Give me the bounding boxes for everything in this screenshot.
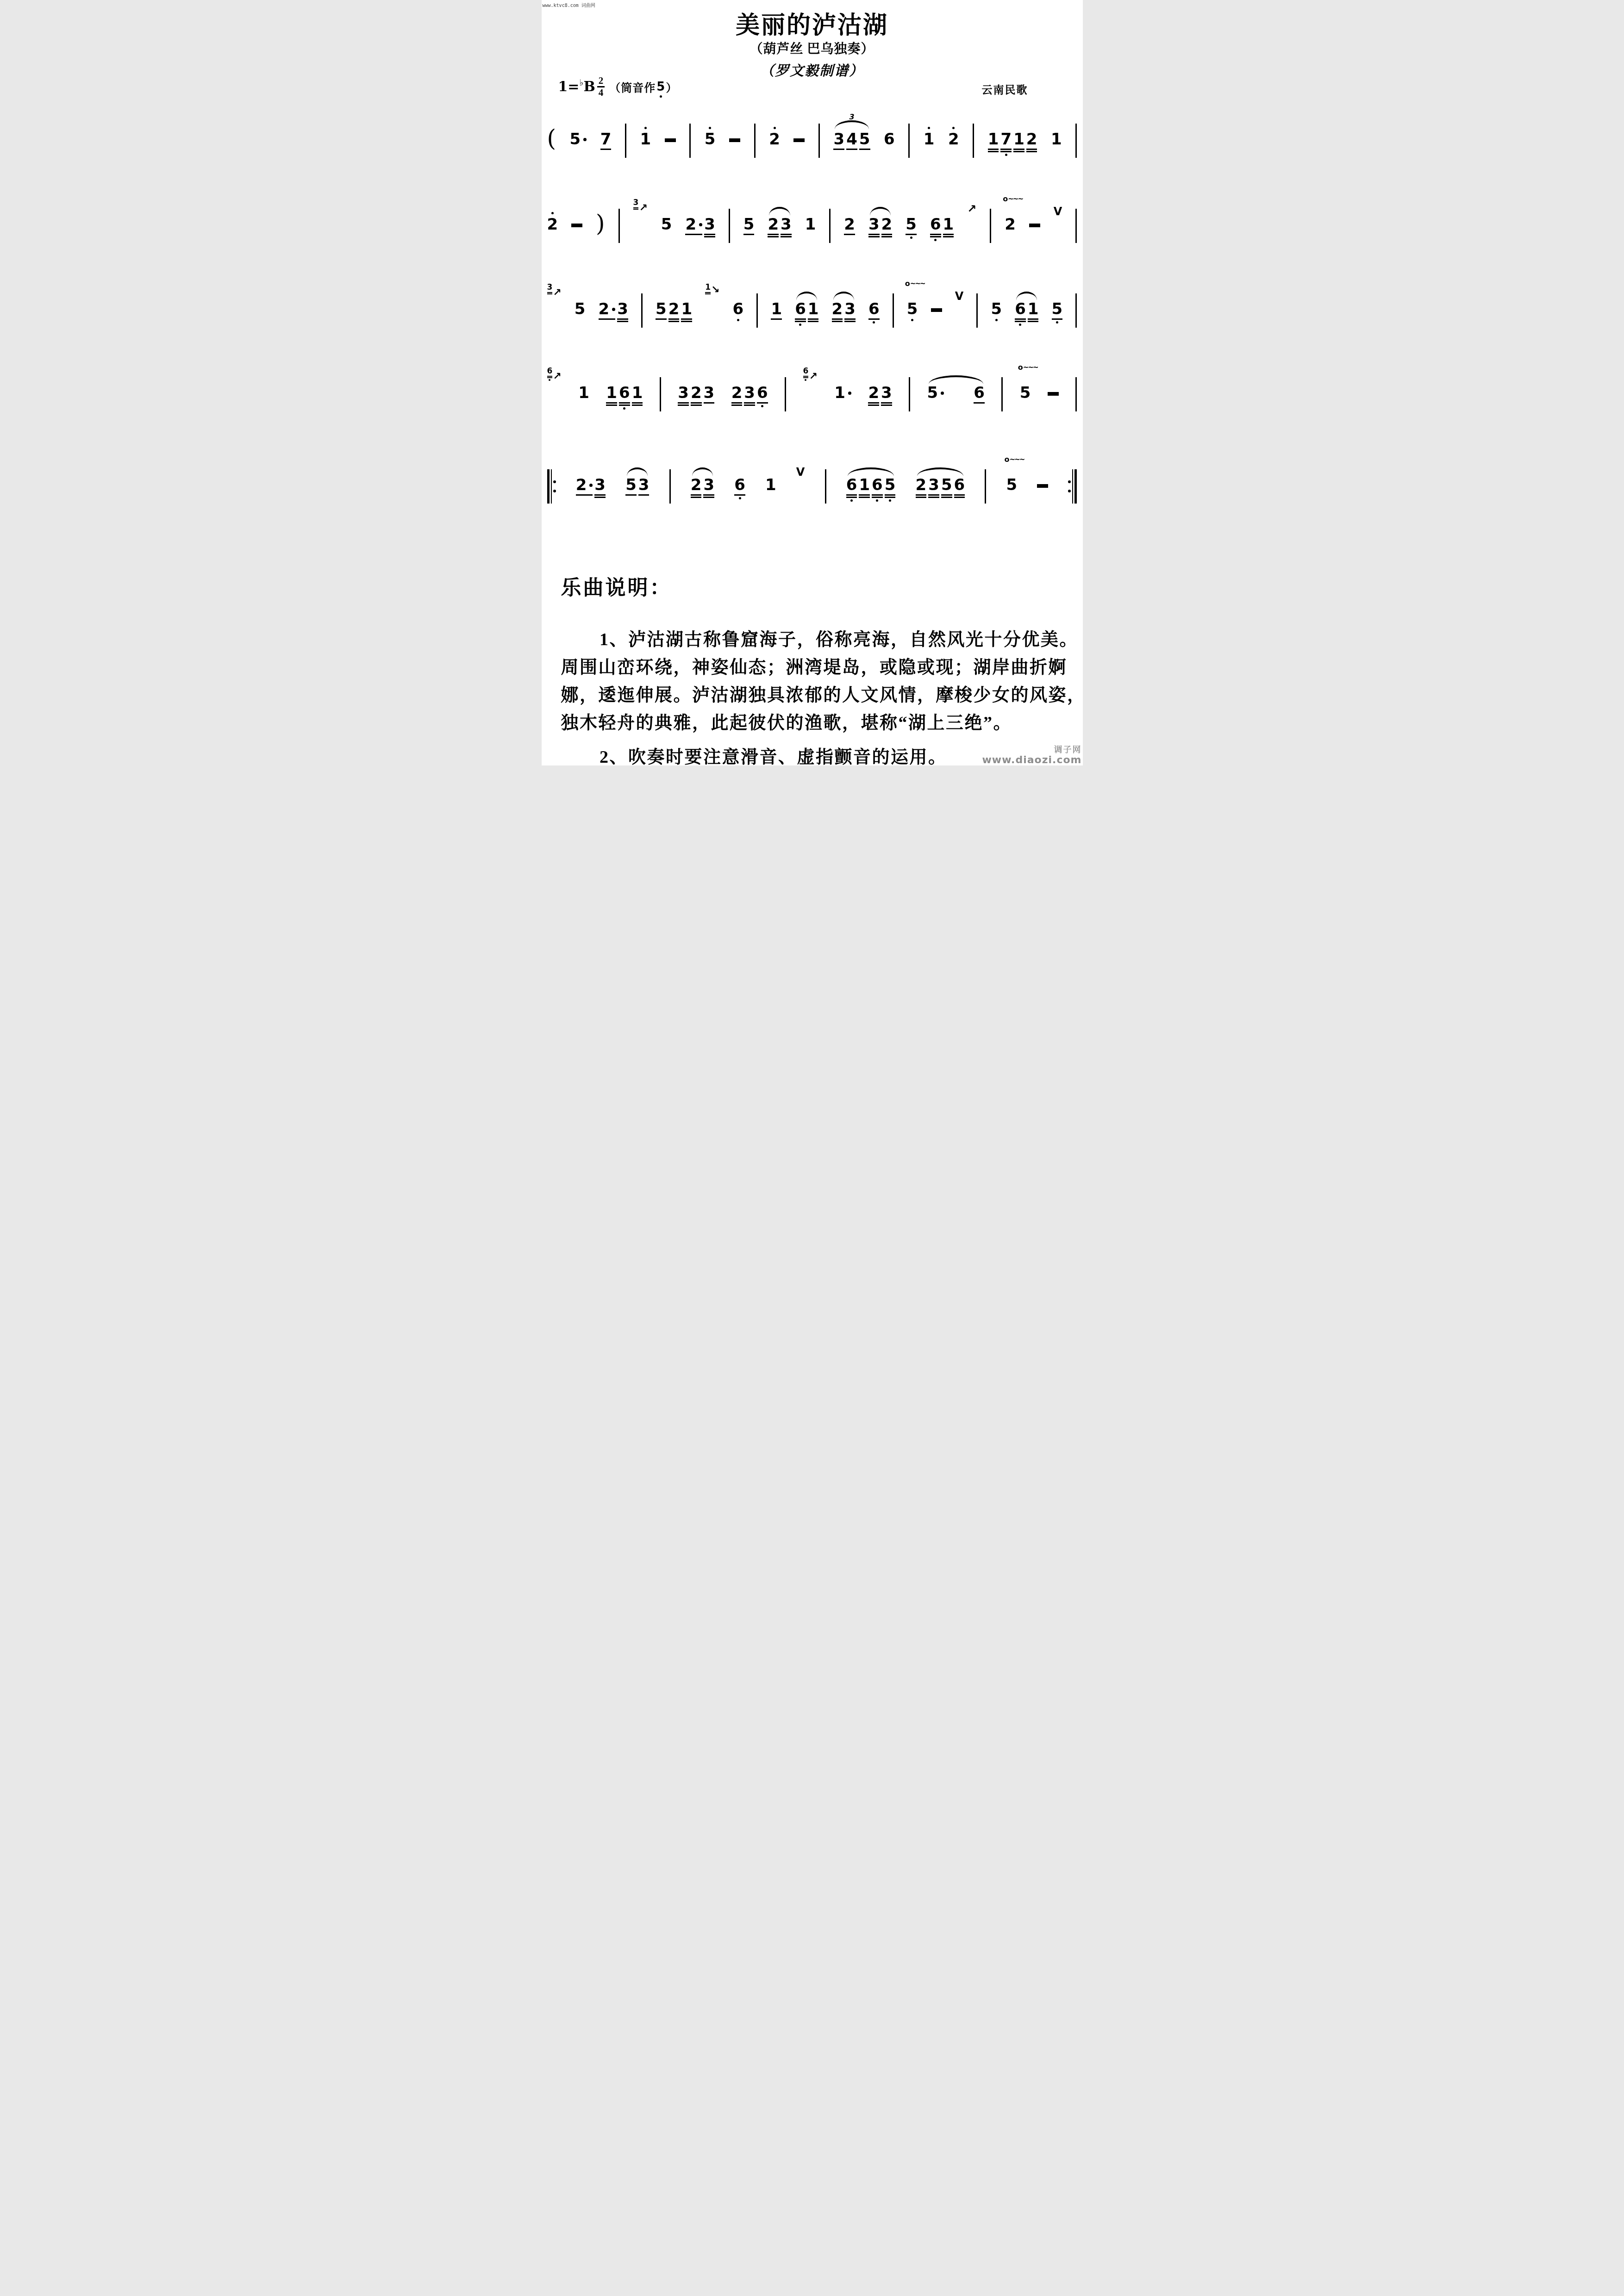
note-digit-row: 5 [991, 301, 1002, 317]
grace-note: 6↗ [803, 367, 818, 382]
note-digit-row: 5 [927, 385, 944, 401]
low-octave-zone [739, 496, 741, 503]
note-digit-row: 5 [1052, 301, 1063, 317]
note-digit: 1 [640, 131, 651, 148]
low-octave-zone [911, 317, 913, 324]
note: 5 [1052, 294, 1063, 327]
explanation-line: 周围山峦环绕，神姿仙态；洲湾堤岛，或隐或现；湖岸曲折婀 [561, 653, 1066, 681]
key-letter: B [583, 79, 595, 95]
note: 1 [1028, 294, 1039, 329]
note: 5 [705, 124, 716, 155]
note: 2 [948, 124, 959, 155]
note-digit-row: 1 [808, 301, 819, 317]
slide-up-arrow-icon: ↗ [639, 202, 647, 214]
note-digit-row: 7 [600, 131, 612, 148]
duration-underline [632, 402, 643, 404]
low-octave-dot [873, 321, 875, 324]
note-digit: 6 [619, 385, 630, 401]
note-digit-row: 6 [1015, 301, 1026, 317]
note: 3 [678, 378, 689, 413]
low-octave-zone [799, 322, 801, 329]
barline [829, 209, 831, 243]
low-octave-zone [934, 237, 937, 244]
note-digit-row: 1 [1013, 131, 1024, 148]
note-digit: 1 [988, 131, 999, 148]
duration-underline [594, 497, 606, 498]
note-digit: 5 [575, 301, 586, 317]
note-digit-row: 3 [617, 301, 628, 317]
duration-underline [691, 402, 702, 404]
high-octave-dot [551, 212, 554, 214]
meter-numerator: 2 [597, 76, 605, 87]
note: 3 [638, 470, 650, 503]
note: 1 [943, 210, 954, 244]
note-digit-row: 2 [832, 301, 843, 317]
breath-mark: V [955, 290, 964, 303]
slide-up-arrow-icon: ↗ [553, 371, 561, 382]
low-octave-dot [1056, 321, 1058, 324]
duration-underline [781, 234, 792, 235]
note-digit-row: 2 [691, 477, 702, 493]
grace-low-octave-dot [805, 379, 806, 381]
tonic-label: 1= [558, 79, 580, 95]
barline [669, 469, 671, 504]
beam-group: 236 [731, 378, 768, 413]
note: 1 [632, 378, 643, 413]
barline [756, 293, 758, 328]
note-digit: 3 [781, 216, 792, 233]
beam-group: 23 [868, 378, 892, 413]
grace-note: 6↗ [547, 367, 562, 382]
music-system-4: 6↗11613232366↗123565o~~~ [547, 378, 1077, 424]
low-octave-dot [889, 499, 891, 502]
low-octave-zone [889, 498, 891, 505]
duration-underline [1015, 318, 1026, 320]
note-digit-row: 1 [765, 477, 776, 493]
augmentation-dot [612, 308, 615, 311]
barline [973, 124, 974, 158]
note: 7 [600, 124, 612, 157]
grace-note-digit: 6 [547, 367, 553, 381]
music-system-3: 3↗5235211↘61612365o~~~V5615 [547, 294, 1077, 341]
note-digit: 5 [570, 131, 581, 148]
slur-group: 56 [927, 378, 985, 411]
duration-underline [844, 318, 856, 320]
duration-underline [600, 149, 612, 150]
note-digit-row: 1 [943, 216, 954, 233]
note-digit-row: 1 [1028, 301, 1039, 317]
note: 6 [872, 470, 883, 505]
grace-underline [705, 293, 711, 294]
note-digit: 2 [1005, 216, 1016, 233]
slide-down-arrow-icon: ↘ [711, 284, 719, 296]
trill-ornament-icon: o~~~ [1018, 364, 1038, 371]
note-digit-row: 2 [691, 385, 702, 401]
duration-underline [632, 404, 643, 406]
high-octave-dot [928, 127, 930, 129]
note: 5 [927, 378, 944, 408]
note-digit-row: 3 [744, 385, 755, 401]
note-digit: 5 [859, 131, 870, 148]
slur-group: 23 [768, 210, 791, 244]
grace-note-digit: 1 [705, 283, 711, 294]
note-digit-row: 1 [681, 301, 692, 317]
note: 5o~~~ [1006, 470, 1018, 500]
note-digit: 2 [1026, 131, 1037, 148]
trill-circle: o [1018, 364, 1023, 371]
duration-underline [833, 149, 844, 150]
barline [818, 124, 820, 158]
trill-wave: ~~~ [910, 281, 925, 286]
duration-underline [988, 149, 999, 150]
slur-group: 6165 [846, 470, 896, 505]
note-digit-row: 1 [1051, 131, 1062, 148]
barline [893, 293, 894, 328]
duration-underline [930, 234, 941, 235]
breath-mark: V [796, 466, 805, 479]
augmentation-dot [699, 223, 702, 226]
note: 2 [868, 378, 879, 413]
duration-underline [606, 402, 617, 404]
note-digit: 1 [805, 216, 816, 233]
note-digit-row: 1 [924, 131, 935, 148]
grace-digit: 3 [547, 283, 553, 292]
note-digit: 5 [941, 477, 952, 493]
note: 6 [619, 378, 630, 413]
triplet-number: 3 [833, 112, 870, 121]
note: 1 [808, 294, 819, 329]
duration-underline [691, 497, 702, 498]
tube-note-prefix: （筒音作 [609, 79, 656, 95]
barline [625, 124, 626, 158]
duration-underline [988, 151, 999, 152]
note-digit: 5 [1020, 385, 1031, 401]
barline [641, 293, 643, 328]
duration-underline [638, 494, 650, 496]
note-digit-row: 3 [928, 477, 939, 493]
note-digit-row: 6 [868, 301, 880, 317]
note: 2 [1026, 124, 1037, 159]
note: 5 [941, 470, 952, 505]
note-digit: 1 [681, 301, 692, 317]
note-digit-row: 3 [833, 131, 844, 148]
breath-mark: V [1054, 205, 1062, 218]
duration-underline [704, 236, 715, 237]
beam-group: 521 [656, 294, 692, 329]
barline [976, 293, 978, 328]
duration-underline [599, 318, 616, 320]
note-digit: 5 [991, 301, 1002, 317]
beam-group: 23 [685, 210, 715, 244]
note: 3 [781, 210, 792, 244]
duration-dash [665, 138, 676, 142]
explanation-line: 独木轻舟的典雅，此起彼伏的渔歌，堪称“湖上三绝”。 [561, 709, 1066, 737]
low-octave-zone [1005, 152, 1007, 159]
note-digit: 3 [678, 385, 689, 401]
note-digit-row: 1 [640, 131, 651, 148]
duration-underline [681, 321, 692, 322]
grace-underline [633, 207, 639, 208]
duration-underline [954, 494, 965, 496]
duration-dash [931, 308, 942, 312]
note: 1 [805, 210, 816, 240]
note: 5 [656, 294, 667, 327]
note-digit: 5 [1006, 477, 1018, 493]
note: 2 [547, 210, 558, 240]
low-octave-zone [1056, 320, 1058, 327]
grace-underline [547, 376, 553, 377]
barline [909, 377, 910, 411]
note-digit: 2 [685, 216, 696, 233]
note-digit-row: 2 [685, 216, 702, 233]
duration-underline [576, 494, 593, 496]
note-digit-row: 2 [868, 385, 879, 401]
duration-underline [846, 494, 857, 496]
duration-underline [868, 404, 879, 406]
note: 2 [832, 294, 843, 329]
grace-digit: 1 [705, 283, 711, 292]
note-digit-row: 3 [868, 216, 880, 233]
repeat-end [1068, 469, 1077, 504]
slur-group: 23 [832, 294, 856, 329]
repeat-dot [553, 490, 556, 492]
note-digit-row: 5 [1020, 385, 1031, 401]
slide-up-arrow-icon: ↗ [553, 287, 561, 299]
duration-underline [1013, 149, 1024, 150]
note-digit: 2 [768, 216, 779, 233]
note-digit-row: 2 [599, 301, 616, 317]
trill-ornament-icon: o~~~ [1003, 196, 1023, 202]
duration-underline [617, 318, 628, 320]
note-digit: 2 [668, 301, 680, 317]
triplet-group: 3345 [833, 124, 870, 157]
duration-underline [731, 402, 743, 404]
note-digit: 2 [948, 131, 959, 148]
note-digit-row: 5 [656, 301, 667, 317]
duration-underline [943, 234, 954, 235]
note-digit: 2 [868, 385, 879, 401]
duration-underline [808, 321, 819, 322]
note: 2 [691, 378, 702, 413]
note: 5o~~~ [907, 294, 918, 324]
duration-underline [974, 402, 985, 404]
slur-group: 23 [691, 470, 714, 505]
duration-underline [943, 236, 954, 237]
music-system-2: 2)3↗5235231232561↗2o~~~V [547, 210, 1077, 256]
barline [729, 209, 730, 243]
note-digit: 5 [705, 131, 716, 148]
note-digit-row: 2 [844, 216, 855, 233]
note: 3 [881, 378, 892, 413]
tube-note-suffix: ） [666, 79, 677, 95]
note-digit-row: 1 [859, 477, 870, 493]
note-digit-row: 1 [988, 131, 999, 148]
duration-underline [1000, 149, 1012, 150]
duration-underline [691, 404, 702, 406]
note: 6 [795, 294, 806, 329]
barline [785, 377, 786, 411]
note: 5 [661, 210, 672, 240]
explanation-heading: 乐曲说明： [561, 578, 1066, 599]
note-digit: 3 [617, 301, 628, 317]
note: 5 [885, 470, 896, 505]
note-digit: 5 [656, 301, 667, 317]
note-digit: 6 [868, 301, 880, 317]
note: 2 [916, 470, 927, 505]
note-digit: 3 [744, 385, 755, 401]
grace-underline [705, 292, 711, 293]
repeat-dot [1068, 480, 1071, 483]
note-digit-row: 3 [704, 385, 715, 401]
grace-digit: 6 [803, 367, 809, 375]
note-digit: 6 [1015, 301, 1026, 317]
grace-low-octave-dot [549, 379, 550, 381]
note: 2 [731, 378, 743, 413]
note-digit-row: 2 [881, 216, 893, 233]
note-digit: 5 [743, 216, 755, 233]
duration-dash [1029, 224, 1040, 227]
note: 2 [691, 470, 702, 505]
note-digit: 6 [846, 477, 857, 493]
note: 2 [668, 294, 680, 329]
low-octave-dot [1019, 324, 1021, 326]
low-octave-dot [911, 319, 913, 321]
parenthesis: ) [596, 212, 605, 236]
low-octave-dot [623, 407, 625, 410]
note: 2o~~~ [1005, 210, 1016, 240]
parenthesis: ( [547, 126, 556, 150]
beam-group: 23 [576, 470, 606, 505]
note-digit-row: 3 [703, 477, 714, 493]
duration-underline [868, 402, 879, 404]
barline [1001, 377, 1003, 411]
note: 6 [954, 470, 965, 505]
note-digit: 6 [884, 131, 895, 148]
note: 3 [928, 470, 939, 505]
grace-digit: 6 [547, 367, 553, 375]
note: 6 [734, 470, 745, 503]
note-digit: 2 [691, 477, 702, 493]
note-digit: 5 [1052, 301, 1063, 317]
note-digit-row: 3 [881, 385, 892, 401]
flat-sign: ♭ [580, 78, 584, 88]
repeat-dot [1068, 490, 1071, 492]
note-digit-row: 3 [678, 385, 689, 401]
repeat-barline-thin [1072, 469, 1073, 504]
repeat-barline-thick [1074, 469, 1077, 504]
note: 6 [757, 378, 768, 411]
trill-ornament-icon: o~~~ [1005, 456, 1024, 463]
note-digit: 5 [661, 216, 672, 233]
grace-note-digit: 3 [633, 199, 639, 210]
note-digit-row: 1 [771, 301, 782, 317]
note-digit: 3 [638, 477, 650, 493]
grace-digit: 3 [633, 199, 639, 207]
barline [1075, 293, 1077, 328]
barline [1075, 209, 1077, 243]
barline [985, 469, 986, 504]
note-digit-row: 3 [704, 216, 715, 233]
duration-underline [795, 318, 806, 320]
low-octave-dot [910, 236, 912, 239]
duration-underline [941, 497, 952, 498]
high-octave-dot [644, 127, 647, 129]
note-digit: 2 [599, 301, 610, 317]
note-digit-row: 3 [844, 301, 856, 317]
duration-underline [668, 318, 680, 320]
duration-underline [881, 402, 892, 404]
note-digit: 3 [928, 477, 939, 493]
note-digit: 1 [943, 216, 954, 233]
trill-wave: ~~~ [1010, 457, 1024, 462]
note: 1 [681, 294, 692, 329]
duration-underline [832, 318, 843, 320]
low-octave-zone [737, 317, 739, 324]
duration-underline [771, 318, 782, 320]
note-digit: 1 [1013, 131, 1024, 148]
note: 5 [625, 470, 637, 503]
slide-up-arrow-icon: ↗ [809, 371, 817, 382]
note-digit: 3 [704, 385, 715, 401]
grace-underline [547, 292, 553, 293]
note-digit-row: 6 [954, 477, 965, 493]
grace-underline [803, 376, 809, 377]
note-digit: 2 [576, 477, 587, 493]
note-digit: 1 [578, 385, 589, 401]
duration-underline [868, 234, 880, 235]
trill-circle: o [1005, 456, 1010, 463]
note: 1 [988, 124, 999, 159]
duration-dash [1048, 392, 1059, 396]
watermark-site-url: www.diaozi.com [982, 755, 1082, 765]
barline [908, 124, 910, 158]
note: 1 [640, 124, 651, 155]
note-digit-row: 5 [625, 477, 637, 493]
note: 1 [1051, 124, 1062, 155]
note: 3 [704, 378, 715, 411]
note-digit: 2 [769, 131, 780, 148]
note-digit: 1 [1028, 301, 1039, 317]
note-digit: 3 [868, 216, 880, 233]
note: 3 [704, 210, 715, 244]
grace-underline [547, 377, 553, 378]
duration-dash [1037, 484, 1048, 488]
grace-note: 3↗ [633, 199, 648, 214]
note: 5 [575, 294, 586, 324]
note-digit: 6 [954, 477, 965, 493]
note: 2 [769, 124, 780, 155]
note: 1 [578, 378, 589, 408]
note-digit-row: 4 [846, 131, 857, 148]
grace-note: 3↗ [547, 283, 562, 299]
duration-underline [743, 234, 755, 235]
low-octave-dot [1005, 154, 1007, 156]
note-digit-row: 5 [705, 131, 716, 148]
slur-group: 53 [625, 470, 649, 503]
duration-underline [678, 404, 689, 406]
note-digit-row: 1 [805, 216, 816, 233]
barline [618, 209, 620, 243]
repeat-dots [1068, 469, 1071, 504]
note-digit-row: 6 [884, 131, 895, 148]
augmentation-dot [583, 138, 587, 141]
note: 6 [868, 294, 880, 327]
note-digit-row: 5 [570, 131, 587, 148]
beam-group: 61 [930, 210, 954, 244]
barline [825, 469, 826, 504]
low-octave-dot [876, 499, 878, 502]
note-digit-row: 5 [941, 477, 952, 493]
